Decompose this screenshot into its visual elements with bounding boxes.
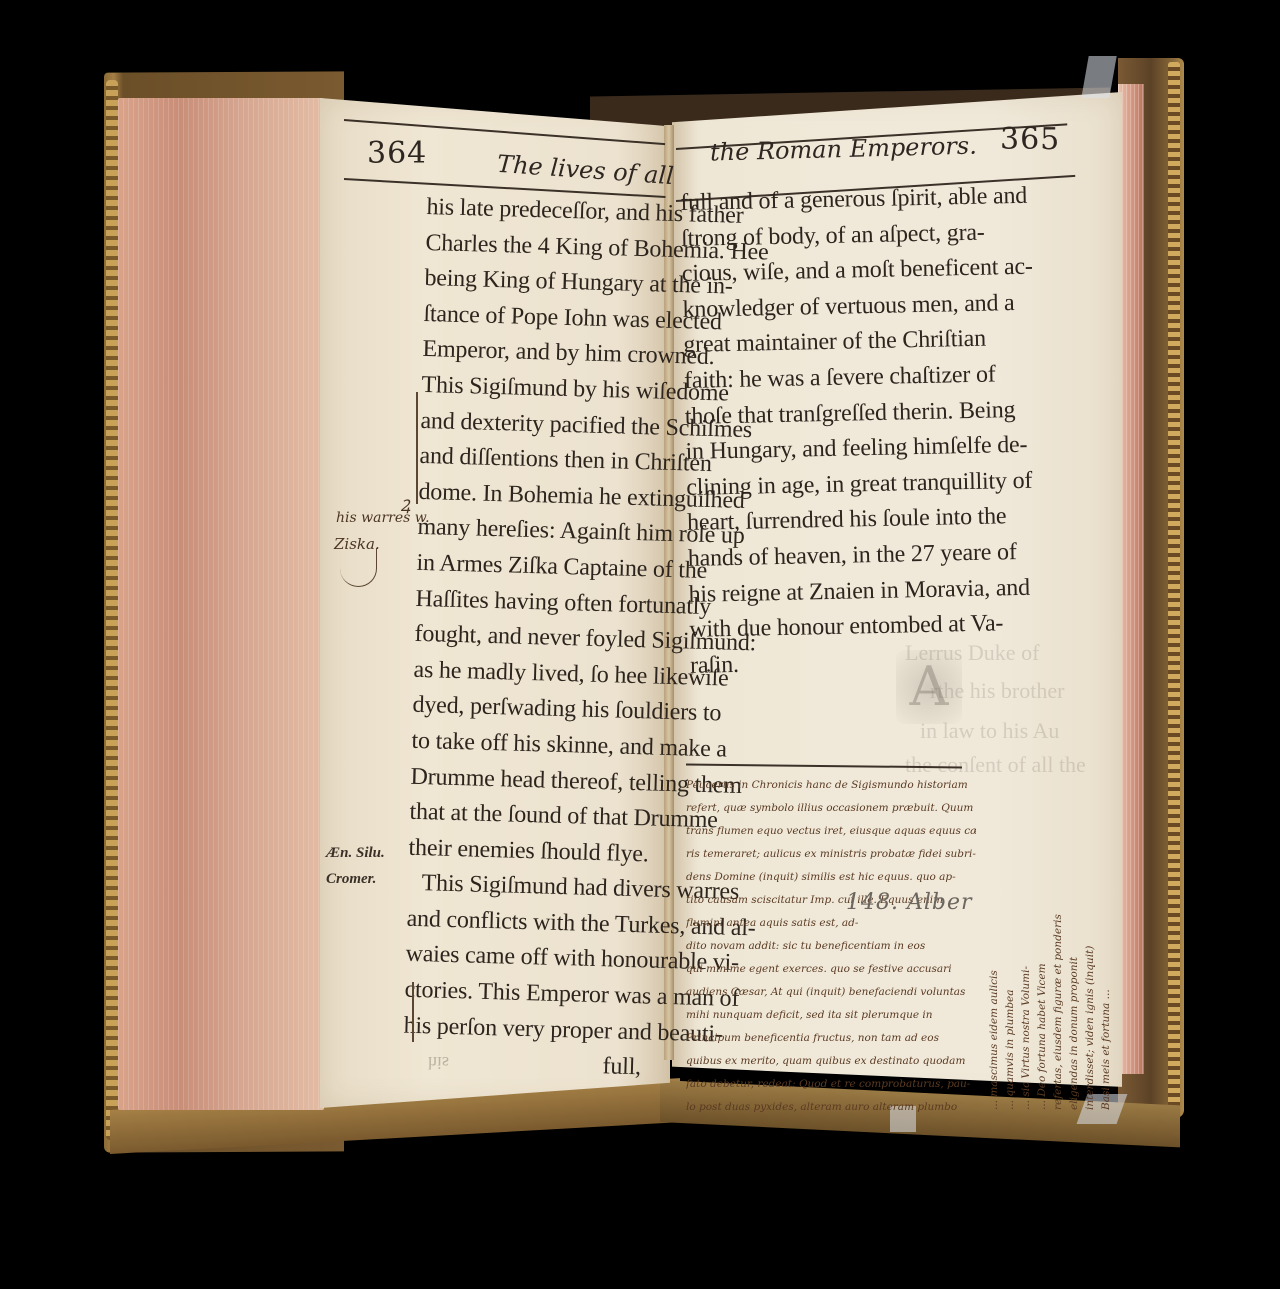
handwritten-line: fato debetur, redeat: Quod et re comprob… [686,1073,976,1096]
gilt-tooled-cover-edge-left [106,80,118,1140]
handwritten-line: ris temeraret; aulicus ex ministris prob… [686,843,976,866]
handwritten-line: Peucerus in Chronicis hanc de Sigismundo… [686,774,976,797]
text-line: full and of a generous ſpirit, able and [680,180,971,222]
text-line: his reigne at Znaien in Moravia, and [688,571,979,613]
handwritten-line: lo post duas pyxides, alteram auro alter… [686,1096,976,1119]
handwritten-line: interdisset; viden ignis (inquit) [1082,640,1098,1110]
handwritten-line: Basi meis et fortuna ... [1098,640,1114,1110]
right-page-body-text: full and of a generous ſpirit, able and … [680,180,980,684]
gilt-tooled-cover-edge-right [1168,62,1180,1112]
text-line: ſtrong of body, of an aſpect, gra- [681,216,972,258]
text-line: in Hungary, and feeling himſelfe de- [685,429,976,471]
handwritten-flourish [340,548,377,587]
handwritten-margin-note: his warres w. [336,510,430,526]
text-line: clining in age, in great tranquillity of [686,465,977,507]
handwritten-line: dito novam addit: sic tu beneficentiam i… [686,935,976,958]
vertical-handwritten-marginalia: ... mascimus eidem aulicis ... quamvis i… [986,640,1114,1110]
printed-sidenote: Cromer. [326,866,376,892]
text-line: his perſon very proper and beauti- [403,1008,644,1050]
handwritten-line: mihi nunquam deficit, sed ita sit plerum… [686,1004,976,1027]
handwritten-line: trans flumen equo vectus iret, eiusque a… [686,820,976,843]
printed-sidenote: Æn. Silu. [326,840,385,866]
handwritten-line: refert, quæ symbolo illius occasionem pr… [686,797,976,820]
handwritten-line: ... mascimus eidem aulicis [986,640,1002,1110]
text-line: great maintainer of the Chriſtian [683,322,974,364]
folio-right: 365 [1000,122,1060,157]
text-line: faith: he was a ſevere chaſtizer of [684,358,975,400]
show-through-catchword: his [428,1052,449,1073]
handwritten-line: ... sic Virtus nostra Volumi- [1018,640,1034,1110]
handwritten-line: Principum beneficentia fructus, non tam … [686,1027,976,1050]
margin-bracket-mark [416,392,418,504]
sprinkled-fore-edge-left [118,98,324,1110]
handwritten-line: ... Deo fortuna habet Vicem [1034,640,1050,1110]
left-page-body-text: his late predeceſſor, and his father Cha… [402,190,667,1086]
margin-bracket-mark [412,982,414,1042]
text-line: thoſe that tranſgreſſed therin. Being [684,393,975,435]
folio-left: 364 [367,136,427,171]
handwritten-line: refertas, eiusdem figuræ et ponderis [1050,640,1066,1110]
text-line: his late predeceſſor, and his father [426,190,667,232]
handwritten-line: ... quamvis in plumbea [1002,640,1018,1110]
text-line: hands of heaven, in the 27 yeare of [687,536,978,578]
text-line: heart, ſurrendred his ſoule into the [687,500,978,542]
handwritten-latin-note: Peucerus in Chronicis hanc de Sigismundo… [686,774,976,1119]
text-line: knowledger of vertuous men, and a [682,287,973,329]
handwritten-line: flumini antea aquis satis est, ad- [686,912,976,935]
handwritten-line: eligendas in donum proponit [1066,640,1082,1110]
text-line: raſin. [690,643,981,685]
text-line: to take off his skinne, and make a [411,724,652,766]
handwritten-line: dens Domine (inquit) similis est hic equ… [686,866,976,889]
handwritten-line: qui minime egent exerces. quo se festive… [686,958,976,981]
text-line: in Armes Ziſka Captaine of the [416,546,657,588]
text-line: This Sigiſmund by his wiſedome [421,368,662,410]
text-line: cious, wiſe, and a moſt beneficent ac- [681,251,972,293]
handwritten-line: quibus ex merito, quam quibus ex destina… [686,1050,976,1073]
handwritten-line: audiens Cæsar, At qui (inquit) benefacie… [686,981,976,1004]
text-line: with due honour entombed at Va- [689,607,980,649]
repair-tape-top [1081,56,1116,98]
library-shelfmark: 148. Alber [846,890,973,915]
